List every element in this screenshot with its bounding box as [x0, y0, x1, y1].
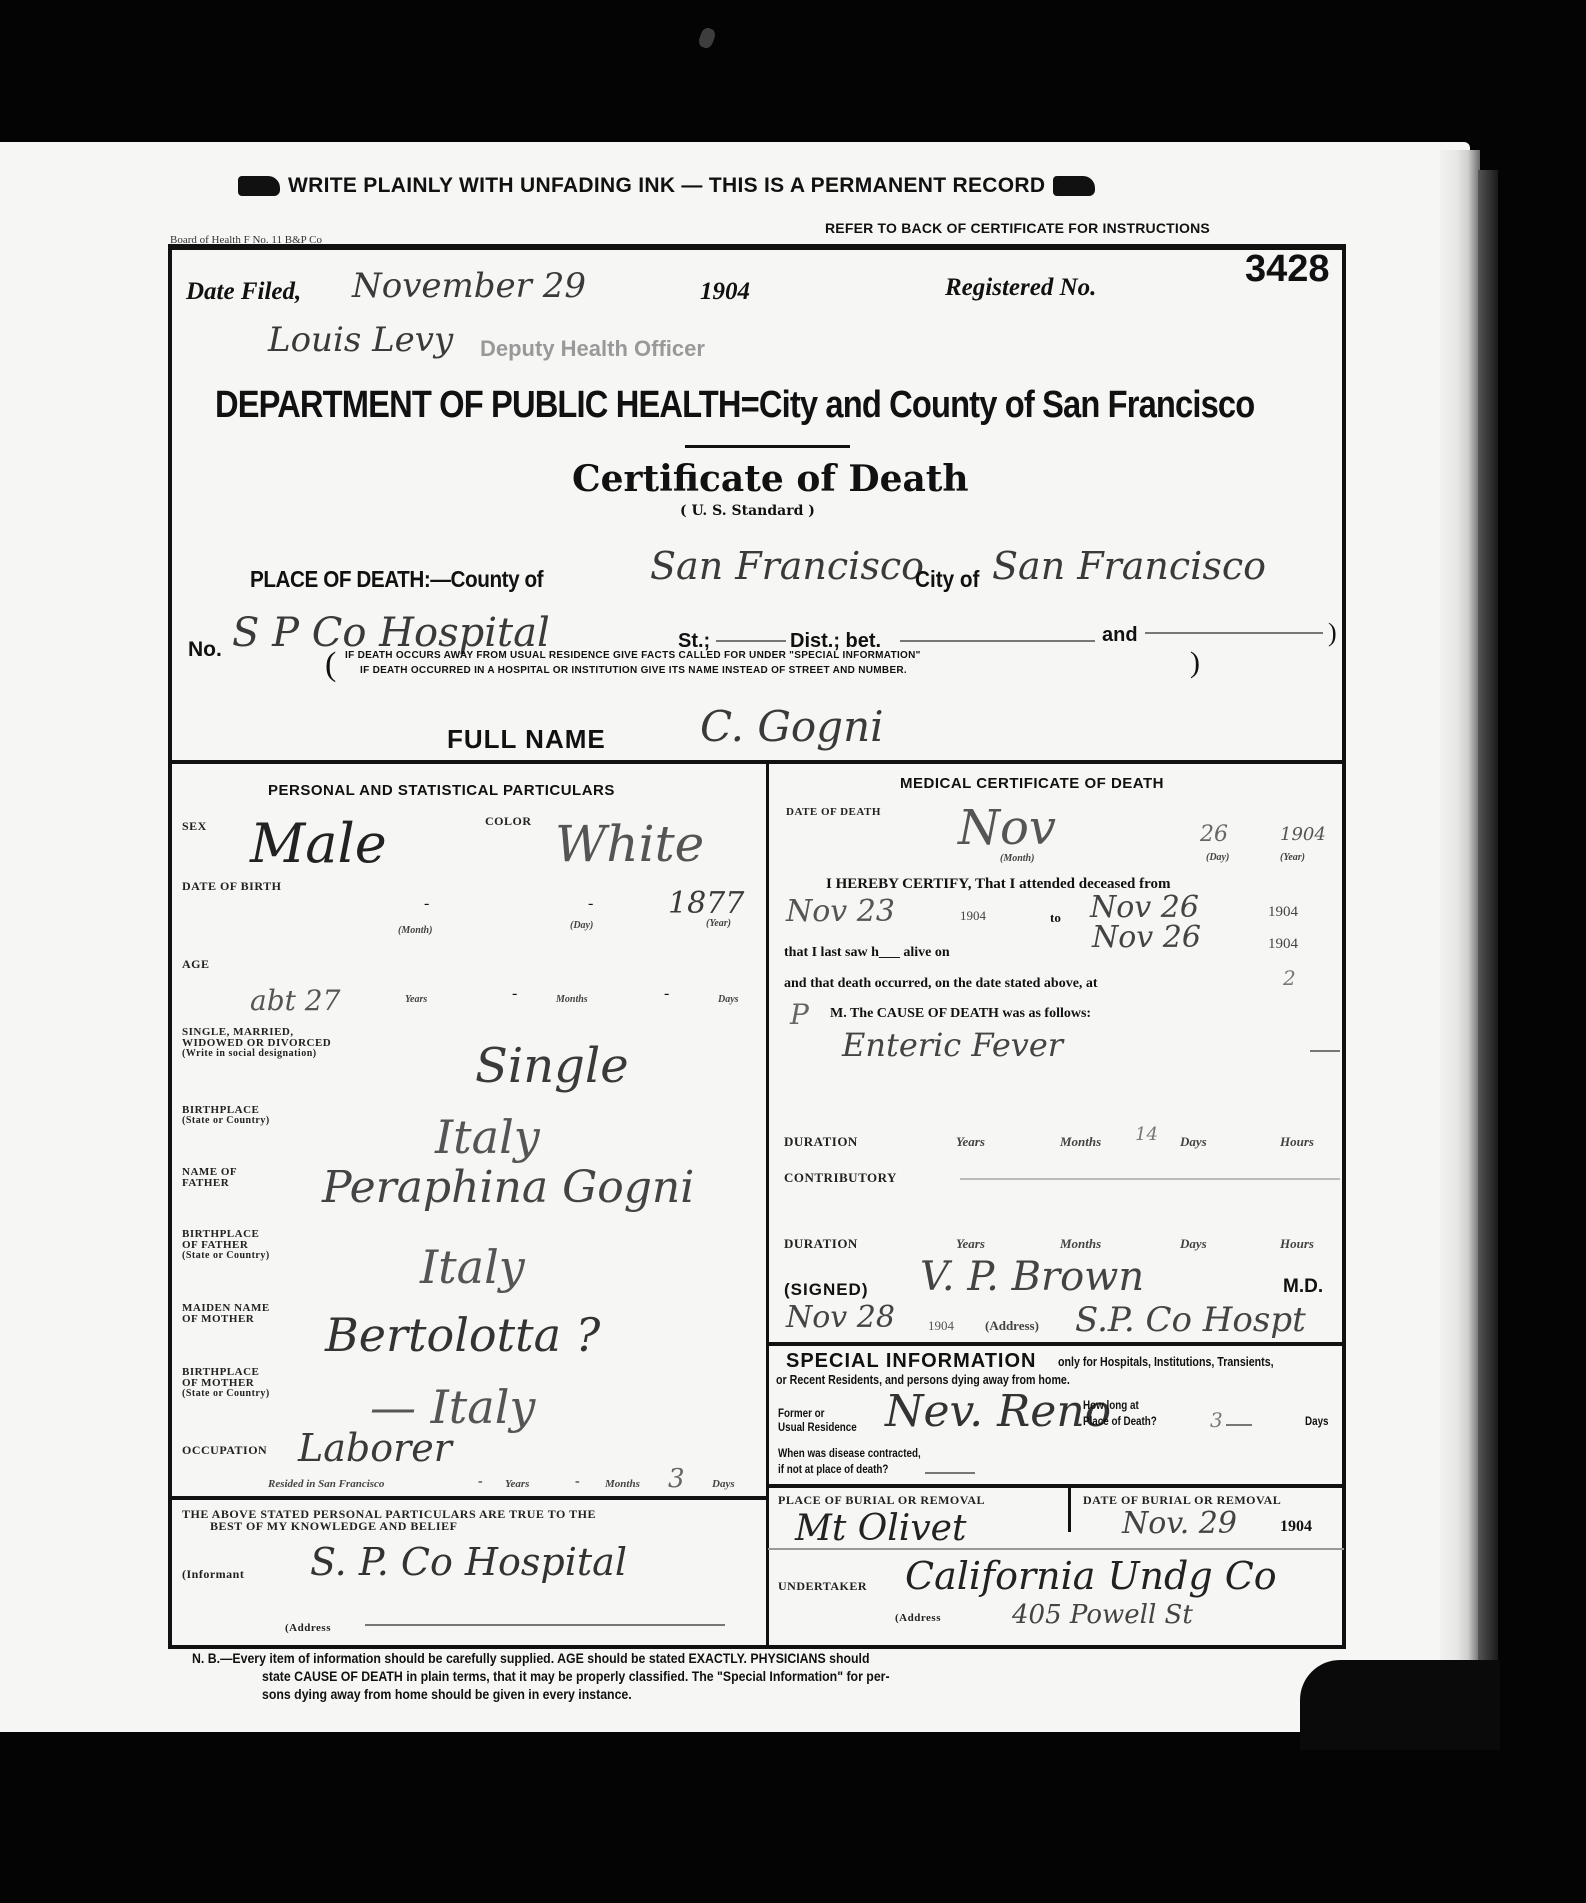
burial-line — [768, 1548, 1344, 1550]
special-heading: SPECIAL INFORMATION — [786, 1350, 1036, 1373]
signed-label: (SIGNED) — [784, 1280, 869, 1300]
age-years-caption: Years — [405, 994, 427, 1005]
dob-year-value: 1877 — [668, 886, 744, 921]
last-saw-label: that I last saw h___ alive on — [784, 945, 950, 961]
cause-line — [1310, 1050, 1340, 1052]
undertaker-label: UNDERTAKER — [778, 1580, 867, 1592]
signed-year-value: 1904 — [928, 1318, 954, 1334]
duration2-months-caption: Months — [1060, 1236, 1101, 1252]
attended-from-year: 1904 — [960, 908, 986, 924]
note-paren-close: ) — [1190, 646, 1200, 680]
full-name-label: FULL NAME — [447, 724, 606, 755]
duration-years-caption: Years — [956, 1134, 985, 1150]
dod-label: DATE OF DEATH — [786, 806, 881, 818]
sex-value: Male — [250, 812, 387, 875]
age-years-value: abt 27 — [250, 984, 340, 1017]
officer-signature: Louis Levy — [268, 320, 453, 360]
certificate-title: Certificate of Death — [572, 458, 969, 500]
dod-month-value: Nov — [958, 800, 1056, 856]
section-divider — [172, 760, 1344, 764]
special-heading-note: only for Hospitals, Institutions, Transi… — [1058, 1354, 1274, 1369]
occupation-label: OCCUPATION — [182, 1444, 267, 1456]
place-of-death-label: PLACE OF DEATH:—County of — [250, 566, 543, 593]
death-hour-value: 2 — [1283, 966, 1296, 990]
father-bp-label-3: (State or Country) — [182, 1250, 270, 1262]
contracted-line — [925, 1472, 975, 1474]
birthplace-value: Italy — [435, 1110, 540, 1164]
marital-value: Single — [475, 1038, 629, 1094]
date-filed-value: November 29 — [352, 266, 586, 306]
how-long-label-2: Place of Death? — [1083, 1414, 1157, 1428]
informant-divider — [172, 1496, 768, 1500]
dod-year-caption: (Year) — [1280, 852, 1305, 863]
column-divider — [766, 762, 769, 1645]
resided-days-value: 3 — [668, 1464, 685, 1494]
burial-year-value: 1904 — [1280, 1518, 1312, 1536]
officer-title: Deputy Health Officer — [480, 336, 705, 362]
informant-statement-2: BEST OF MY KNOWLEDGE AND BELIEF — [210, 1520, 457, 1532]
paren-close: ) — [1328, 618, 1337, 648]
undertaker-address-label: (Address — [895, 1612, 941, 1624]
page-edge-shadow — [1478, 170, 1498, 1710]
occurred-text: and that death occurred, on the date sta… — [784, 976, 1098, 992]
residence-label-1: Former or — [778, 1406, 824, 1420]
burial-divider — [768, 1484, 1344, 1488]
resided-months-value: - — [575, 1474, 580, 1490]
duration2-hours-caption: Hours — [1280, 1236, 1314, 1252]
age-days-caption: Days — [718, 994, 739, 1005]
note-paren-open: ( — [325, 646, 336, 684]
dod-month-caption: (Month) — [1000, 853, 1034, 864]
mother-label-2: OF MOTHER — [182, 1313, 254, 1325]
last-saw-value: Nov 26 — [1092, 920, 1201, 955]
place-note-line-2: IF DEATH OCCURRED IN A HOSPITAL OR INSTI… — [360, 665, 907, 676]
contracted-label-2: if not at place of death? — [778, 1462, 888, 1476]
page-edge — [1440, 150, 1480, 1720]
undertaker-address-value: 405 Powell St — [1012, 1600, 1193, 1630]
duration-days-caption: Days — [1180, 1134, 1207, 1150]
resided-months-caption: Months — [605, 1478, 640, 1490]
attended-from-value: Nov 23 — [786, 894, 895, 929]
father-value: Peraphina Gogni — [322, 1162, 694, 1213]
duration2-years-caption: Years — [956, 1236, 985, 1252]
county-value: San Francisco — [650, 544, 924, 588]
medical-heading: MEDICAL CERTIFICATE OF DEATH — [900, 775, 1164, 792]
how-long-label-1: How long at — [1083, 1398, 1139, 1412]
burial-date-label: DATE of BURIAL or REMOVAL — [1083, 1494, 1281, 1506]
date-filed-year: 1904 — [700, 278, 750, 306]
birthplace-label-2: (State or Country) — [182, 1115, 270, 1127]
md-label: M.D. — [1283, 1276, 1323, 1298]
dob-year-caption: (Year) — [706, 918, 731, 929]
dod-day-caption: (Day) — [1206, 852, 1229, 863]
contributory-line — [960, 1178, 1340, 1180]
resided-years-caption: Years — [505, 1478, 529, 1490]
place-note-line-1: IF DEATH OCCURS AWAY FROM USUAL RESIDENC… — [345, 650, 921, 661]
physician-signature: V. P. Brown — [920, 1254, 1144, 1300]
pointing-hand-icon — [238, 176, 280, 196]
resided-days-caption: Days — [712, 1478, 735, 1490]
informant-label: (Informant — [182, 1568, 244, 1580]
footer-note-3: sons dying away from home should be give… — [262, 1686, 632, 1702]
registered-number: 3428 — [1245, 248, 1330, 291]
corner-shadow — [1300, 1660, 1500, 1750]
department-title: DEPARTMENT OF PUBLIC HEALTH=City and Cou… — [215, 384, 1254, 427]
occupation-value: Laborer — [298, 1426, 452, 1470]
pointing-hand-icon — [1053, 176, 1095, 196]
refer-note: REFER TO BACK OF CERTIFICATE FOR INSTRUC… — [825, 220, 1210, 236]
last-saw-year: 1904 — [1268, 936, 1298, 953]
age-days-value: - — [664, 985, 669, 1003]
footer-note-2: state CAUSE OF DEATH in plain terms, tha… — [262, 1668, 890, 1684]
duration-months-caption: Months — [1060, 1134, 1101, 1150]
title-rule — [685, 445, 850, 448]
dod-year-value: 1904 — [1280, 824, 1326, 845]
meridiem-value: P — [790, 998, 809, 1031]
mother-value: Bertolotta ? — [325, 1308, 600, 1362]
duration-label: DURATION — [784, 1136, 858, 1148]
father-bp-value: Italy — [420, 1240, 525, 1294]
dob-month-caption: (Month) — [398, 925, 432, 936]
sex-label: SEX — [182, 820, 207, 832]
residence-value: Nev. Reno — [885, 1386, 1111, 1437]
marital-label-3: (Write in social designation) — [182, 1048, 317, 1060]
footer-note-1: N. B.—Every item of information should b… — [192, 1650, 869, 1666]
signed-date-value: Nov 28 — [786, 1300, 895, 1335]
color-value: White — [555, 815, 704, 873]
cause-label: M. The CAUSE OF DEATH was as follows: — [830, 1006, 1091, 1022]
city-value: San Francisco — [992, 544, 1266, 588]
duration-days-value: 14 — [1135, 1124, 1158, 1145]
age-months-caption: Months — [556, 994, 588, 1005]
how-long-days-label: Days — [1305, 1414, 1329, 1428]
color-label: COLOR — [485, 815, 532, 827]
banner-text: WRITE PLAINLY WITH UNFADING INK — THIS I… — [288, 174, 1045, 197]
informant-value: S. P. Co Hospital — [310, 1540, 627, 1584]
contracted-label-1: When was disease contracted, — [778, 1446, 921, 1460]
father-label-2: FATHER — [182, 1177, 229, 1189]
no-label: No. — [188, 638, 222, 662]
resided-years-value: - — [478, 1474, 483, 1490]
burial-place-value: Mt Olivet — [795, 1508, 966, 1549]
burial-place-label: PLACE OF BURIAL OR REMOVAL — [778, 1494, 985, 1506]
duration2-label: DURATION — [784, 1238, 858, 1250]
date-filed-label: Date Filed, — [186, 278, 301, 306]
informant-address-line — [365, 1624, 725, 1626]
how-long-value: 3 — [1210, 1408, 1223, 1432]
dob-label: DATE OF BIRTH — [182, 880, 281, 892]
dob-day-caption: (Day) — [570, 920, 593, 931]
undertaker-value: California Undg Co — [905, 1554, 1277, 1598]
burial-column-divider — [1068, 1486, 1071, 1532]
how-long-line — [1226, 1424, 1252, 1426]
age-months-value: - — [512, 985, 517, 1003]
resided-label: Resided in San Francisco — [268, 1478, 384, 1490]
certificate-subtitle: ( U. S. Standard ) — [680, 503, 815, 519]
personal-heading: PERSONAL AND STATISTICAL PARTICULARS — [268, 782, 615, 799]
dod-day-value: 26 — [1200, 822, 1228, 847]
ink-banner: WRITE PLAINLY WITH UNFADING INK — THIS I… — [230, 174, 1103, 198]
mother-bp-label-3: (State or Country) — [182, 1388, 270, 1400]
and-label: and — [1102, 624, 1138, 647]
physician-address-value: S.P. Co Hospt — [1075, 1300, 1306, 1340]
attended-to-year: 1904 — [1268, 904, 1298, 921]
district-line-2 — [1145, 632, 1323, 634]
registered-label: Registered No. — [945, 274, 1096, 302]
age-label: AGE — [182, 958, 210, 970]
residence-label-2: Usual Residence — [778, 1420, 857, 1434]
cause-value: Enteric Fever — [842, 1026, 1063, 1064]
city-label: City of — [915, 566, 979, 593]
full-name-value: C. Gogni — [700, 702, 884, 751]
special-divider — [768, 1342, 1344, 1346]
duration2-days-caption: Days — [1180, 1236, 1207, 1252]
contributory-label: CONTRIBUTORY — [784, 1172, 897, 1184]
street-line — [716, 640, 786, 642]
duration-hours-caption: Hours — [1280, 1134, 1314, 1150]
dob-day-value: - — [588, 895, 593, 913]
district-line-1 — [900, 640, 1095, 642]
dob-month-value: - — [424, 895, 429, 913]
physician-address-label: (Address) — [985, 1318, 1039, 1334]
burial-date-value: Nov. 29 — [1122, 1506, 1237, 1541]
special-heading-note-2: or Recent Residents, and persons dying a… — [776, 1372, 1070, 1387]
informant-address-label: (Address — [285, 1622, 331, 1634]
to-label: to — [1050, 910, 1061, 926]
scan-speck — [697, 26, 717, 50]
